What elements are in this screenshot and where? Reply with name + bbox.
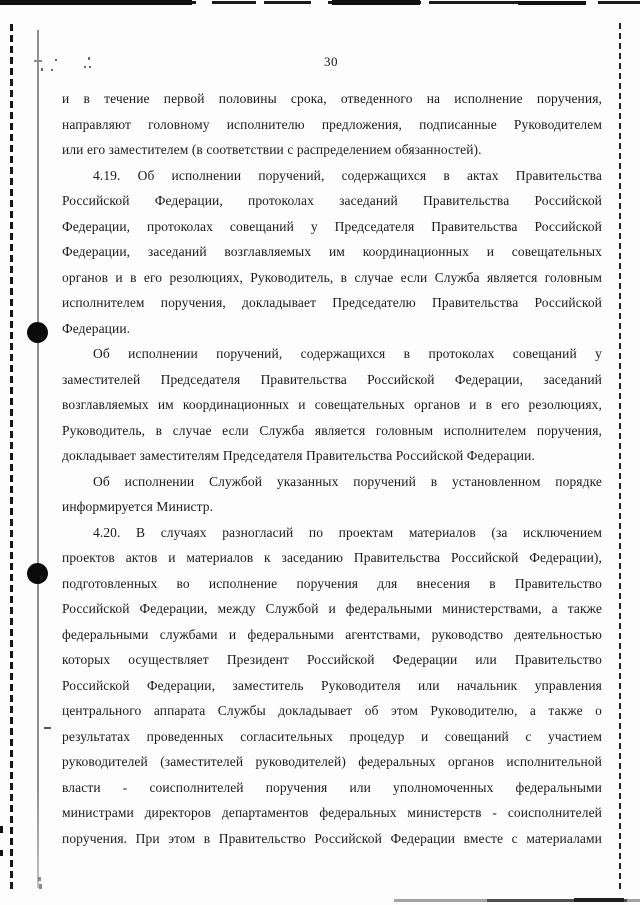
scan-edge-top-gap (311, 0, 328, 7)
text-line: поручения. При этом в Правительство Росс… (62, 826, 602, 852)
text-line: министрами директоров департаментов феде… (62, 800, 602, 826)
text-line: Об исполнении Службой указанных поручени… (62, 469, 602, 495)
scan-edge-top-gap (196, 0, 212, 7)
scan-edge-top-segment (518, 1, 588, 5)
scan-edge-bottom-darkest (574, 898, 624, 902)
paragraph: и в течение первой половины срока, отвед… (62, 86, 602, 163)
text-line: 4.20. В случаях разногласий по проектам … (62, 520, 602, 546)
text-line: докладывает заместителям Председателя Пр… (62, 443, 602, 469)
text-line: которых осуществляет Президент Российско… (62, 647, 602, 673)
paragraph: 4.20. В случаях разногласий по проектам … (62, 520, 602, 852)
text-line: 4.19. Об исполнении поручений, содержащи… (62, 163, 602, 189)
text-line: проектов актов и материалов к заседанию … (62, 545, 602, 571)
text-line: Руководитель, в случае если Служба являе… (62, 418, 602, 444)
text-line: исполнителем поручения, докладывает Пред… (62, 290, 602, 316)
paragraph: Об исполнении Службой указанных поручени… (62, 469, 602, 520)
hole-punch-top (27, 322, 48, 343)
scan-edge-top-segment (332, 0, 420, 5)
paragraph: 4.19. Об исполнении поручений, содержащи… (62, 163, 602, 342)
page-number: 30 (0, 54, 640, 70)
text-line: Федерации, протоколах совещаний у Предсе… (62, 214, 602, 240)
paragraph: Об исполнении поручений, содержащихся в … (62, 341, 602, 469)
text-line: информируется Министр. (62, 494, 602, 520)
text-line: результатах проведенных согласительных п… (62, 724, 602, 750)
text-line: и в течение первой половины срока, отвед… (62, 86, 602, 112)
text-line: центрального аппарата Службы докладывает… (62, 698, 602, 724)
text-line: подготовленных во исполнение поручения д… (62, 571, 602, 597)
scan-edge-left-mark (0, 850, 3, 856)
hole-punch-bottom (27, 563, 48, 584)
text-line: руководителей (заместителей руководителе… (62, 749, 602, 775)
scan-edge-top-gap (256, 0, 264, 7)
scan-edge-top-segment (0, 0, 192, 5)
scan-speckle (38, 877, 41, 881)
scanned-page: 30 и в течение первой половины срока, от… (0, 0, 640, 905)
fold-line-left (37, 30, 39, 888)
margin-mark (44, 727, 51, 729)
scan-speckle (39, 884, 42, 889)
text-line: направляют головному исполнителю предлож… (62, 112, 602, 138)
scan-edge-top (0, 0, 640, 7)
text-line: Федерации. (62, 316, 602, 342)
text-line: Об исполнении поручений, содержащихся в … (62, 341, 602, 367)
document-body: и в течение первой половины срока, отвед… (62, 86, 602, 851)
text-line: власти - соисполнителей поручения или уп… (62, 775, 602, 801)
text-line: или его заместителем (в соответствии с р… (62, 137, 602, 163)
text-line: Российской Федерации, протоколах заседан… (62, 188, 602, 214)
text-line: органов и в его резолюциях, Руководитель… (62, 265, 602, 291)
scan-edge-top-gap (586, 0, 598, 7)
text-line: возглавляемых им координационных и совещ… (62, 392, 602, 418)
scan-edge-top-gap (421, 0, 429, 7)
text-line: Федерации, заседаний возглавляемых им ко… (62, 239, 602, 265)
scan-edge-right (619, 23, 621, 892)
scan-edge-left (10, 24, 13, 892)
text-line: заместителей Председателя Правительства … (62, 367, 602, 393)
text-line: Российской Федерации, заместитель Руково… (62, 673, 602, 699)
text-line: Российской Федерации, между Службой и фе… (62, 596, 602, 622)
text-line: федеральными службами и федеральными аге… (62, 622, 602, 648)
scan-edge-left-mark (0, 826, 3, 833)
